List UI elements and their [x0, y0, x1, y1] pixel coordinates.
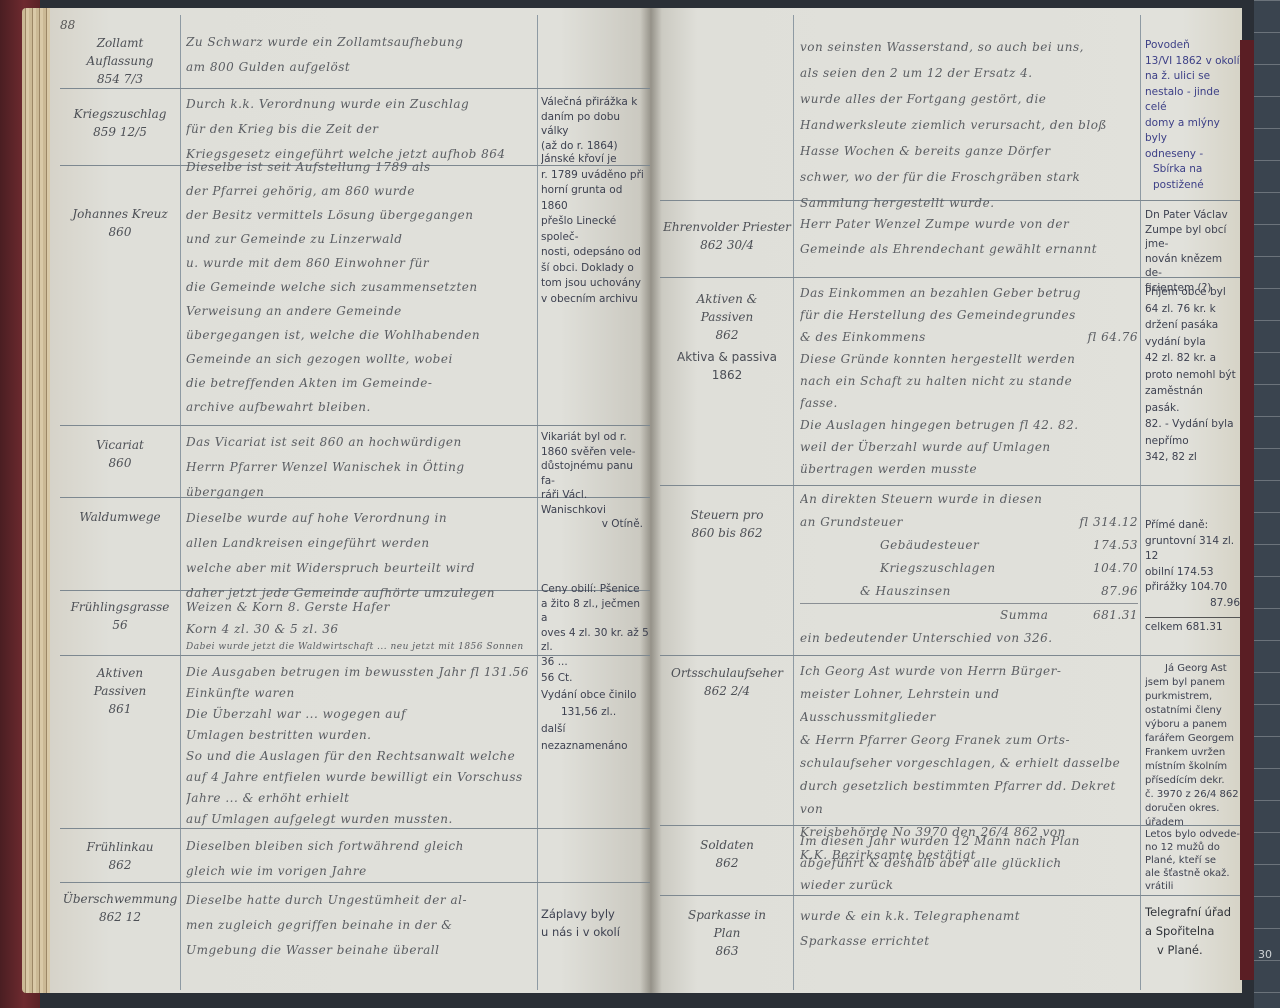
label-line: Soldaten — [662, 836, 792, 854]
note-line: Letos bylo odvede- — [1145, 828, 1240, 841]
tax-sum-amount: 681.31 — [1093, 604, 1138, 627]
note-line: r. 1789 uváděno při — [541, 168, 649, 184]
note-line: (až do r. 1864) — [541, 139, 649, 154]
body-line: Das Einkommen an bezahlen Geber betrug — [800, 282, 1138, 304]
row-label: Frühlinkau 862 — [62, 838, 178, 874]
note-line: vydání byla — [1145, 334, 1240, 351]
body-line: Herr Pater Wenzel Zumpe wurde von der — [800, 212, 1138, 237]
right-label-column-line — [793, 15, 794, 990]
row-body: wurde & ein k.k. Telegraphenamt Sparkass… — [800, 904, 1138, 954]
note-line: no 12 mužů do — [1145, 841, 1240, 854]
body-line: Die Ausgaben betrugen im bewussten Jahr … — [186, 662, 534, 683]
note-line: Zumpe byl obcí jme- — [1145, 223, 1240, 252]
tax-item-name: Kriegszuschlagen — [880, 561, 996, 575]
tax-item-name: & Hauszinsen — [860, 584, 951, 598]
row-body: Die Ausgaben betrugen im bewussten Jahr … — [186, 662, 534, 830]
page-number: 88 — [60, 18, 75, 32]
row-note: Vikariát byl od r. 1860 svěřen vele- důs… — [541, 430, 649, 532]
note-line: gruntovní 314 zl. 12 — [1145, 534, 1240, 565]
label-line: 862 12 — [62, 908, 178, 926]
body-line: Durch k.k. Verordnung wurde ein Zuschlag — [186, 92, 534, 117]
note-line: Povodeň — [1145, 38, 1240, 54]
row-body: An direkten Steuern wurde in diesen an G… — [800, 488, 1138, 650]
note-line: v obecním archivu — [541, 292, 649, 308]
body-line: als seien den 2 um 12 der Ersatz 4. — [800, 60, 1138, 86]
body-line: An direkten Steuern wurde in diesen — [800, 488, 1138, 511]
body-line: allen Landkreisen eingeführt werden — [186, 531, 534, 556]
note-line: Válečná přirážka k — [541, 95, 649, 110]
row-note: Já Georg Ast jsem byl panem purkmistrem,… — [1145, 662, 1240, 830]
note-line: Dn Pater Václav — [1145, 208, 1240, 223]
note-line: 131,56 zl.. — [541, 704, 649, 721]
body-line: Zu Schwarz wurde ein Zollamtsaufhebung — [186, 30, 534, 55]
note-line: Sbírka na — [1145, 162, 1240, 178]
label-line: Kriegszuschlag — [62, 105, 178, 123]
body-line: am 800 Gulden aufgelöst — [186, 55, 534, 80]
label-line: Johannes Kreuz — [62, 205, 178, 223]
label-line: Vicariat — [62, 436, 178, 454]
body-line: die betreffenden Akten im Gemeinde- — [186, 371, 534, 395]
note-line: Příjem obce byl — [1145, 284, 1240, 301]
label-line: Zollamt Auflassung — [62, 34, 178, 70]
tax-item-name: an Grundsteuer — [800, 515, 903, 529]
label-line: Frühlinkau — [62, 838, 178, 856]
body-line: Diese Gründe konnten hergestellt werden — [800, 348, 1138, 370]
row-note: Letos bylo odvede- no 12 mužů do Plané, … — [1145, 828, 1240, 893]
body-line: fasse. — [800, 392, 1138, 414]
label-line: 863 — [662, 942, 792, 960]
tax-item-amount: fl 314.12 — [1079, 511, 1138, 534]
body-line: Ich Georg Ast wurde von Herrn Bürger- — [800, 660, 1138, 683]
note-line: v Plané. — [1145, 941, 1240, 960]
note-line: proto nemohl být — [1145, 367, 1240, 384]
body-line: Hasse Wochen & bereits ganze Dörfer — [800, 138, 1138, 164]
label-line: Steuern pro — [662, 506, 792, 524]
row-body: Herr Pater Wenzel Zumpe wurde von der Ge… — [800, 212, 1138, 262]
amount: fl 64.76 — [1088, 326, 1138, 348]
row-label: Zollamt Auflassung 854 7/3 — [62, 34, 178, 88]
tax-sum-label: Summa — [1000, 608, 1048, 622]
note-line: Plané, kteří se — [1145, 854, 1240, 867]
label-line: Plan — [662, 924, 792, 942]
body-line: wurde & ein k.k. Telegraphenamt — [800, 904, 1138, 929]
body-line: Dieselben bleiben sich fortwährend gleic… — [186, 834, 534, 859]
body-line: & des Einkommens — [800, 330, 926, 344]
note-line: u nás i v okolí — [541, 923, 649, 941]
tax-item-amount: 174.53 — [1093, 534, 1138, 557]
row-body: Dieselbe hatte durch Ungestümheit der al… — [186, 888, 534, 963]
note-line: ší obci. Doklady o — [541, 261, 649, 277]
row-divider — [60, 88, 650, 89]
label-line: 56 — [62, 616, 178, 634]
book-cover-right — [1240, 40, 1254, 980]
body-line: & Herrn Pfarrer Georg Franek zum Orts- — [800, 729, 1138, 752]
body-line: der Pfarrei gehörig, am 860 wurde — [186, 179, 534, 203]
note-line: další nezaznamenáno — [541, 721, 649, 755]
body-line: gleich wie im vorigen Jahre — [186, 859, 534, 884]
note-line: 64 zl. 76 kr. k — [1145, 301, 1240, 318]
body-line: Gemeinde an sich gezogen wollte, wobei — [186, 347, 534, 371]
label-line: Aktiven & — [662, 290, 792, 308]
row-note: Povodeň 13/VI 1862 v okolí na ž. ulici s… — [1145, 38, 1240, 193]
note-line: 56 Ct. — [541, 670, 649, 687]
body-line: men zugleich gegriffen beinahe in der & — [186, 913, 534, 938]
row-label: Kriegszuschlag 859 12/5 — [62, 105, 178, 141]
note-line: v Otíně. — [541, 517, 649, 532]
note-line: držení pasáka — [1145, 317, 1240, 334]
body-line: der Besitz vermittels Lösung übergegange… — [186, 203, 534, 227]
row-label: Sparkasse in Plan 863 — [662, 906, 792, 960]
note-line: přešlo Linecké společ- — [541, 214, 649, 245]
body-line: Dieselbe wurde auf hohe Verordnung in — [186, 506, 534, 531]
note-line: a Spořitelna — [1145, 922, 1240, 941]
note-line: výboru a panem — [1145, 718, 1240, 732]
body-line: auf 4 Jahre entfielen wurde bewilligt ei… — [186, 767, 534, 788]
scale-marker: 30 — [1258, 948, 1272, 961]
label-line: 862 — [662, 854, 792, 872]
note-line: 13/VI 1862 v okolí — [1145, 54, 1240, 70]
body-line: durch gesetzlich bestimmten Pfarrer dd. … — [800, 775, 1138, 821]
body-line: Dieselbe ist seit Aufstellung 1789 als — [186, 155, 534, 179]
scale-ruler — [1254, 0, 1280, 1008]
label-line: Aktiven — [62, 664, 178, 682]
note-line: ostatními členy — [1145, 704, 1240, 718]
note-line: přísedícím dekr. — [1145, 774, 1240, 788]
body-line: Dabei wurde jetzt die Waldwirtschaft ...… — [186, 640, 636, 654]
body-line: nach ein Schaft zu halten nicht zu stand… — [800, 370, 1138, 392]
body-line: Sparkasse errichtet — [800, 929, 1138, 954]
row-label: Johannes Kreuz 860 — [62, 205, 178, 241]
note-line: obilní 174.53 — [1145, 565, 1240, 581]
note-line: 82. - Vydání byla — [1145, 416, 1240, 433]
body-line: u. wurde mit dem 860 Einwohner für — [186, 251, 534, 275]
body-line: Umlagen bestritten wurden. — [186, 725, 534, 746]
row-label: Soldaten 862 — [662, 836, 792, 872]
note-line: farářem Georgem — [1145, 732, 1240, 746]
note-line: nosti, odepsáno od — [541, 245, 649, 261]
note-line: 342, 82 zl — [1145, 449, 1240, 466]
label-line: Überschwemmung — [62, 890, 178, 908]
body-line: von seinsten Wasserstand, so auch bei un… — [800, 34, 1138, 60]
row-divider — [660, 655, 1240, 656]
note-line: přirážky 104.70 — [1145, 580, 1240, 596]
tax-item-amount: 104.70 — [1093, 557, 1138, 580]
body-line: für den Krieg bis die Zeit der — [186, 117, 534, 142]
label-line: Frühlingsgrasse — [62, 598, 178, 616]
note-line: nepřímo — [1145, 433, 1240, 450]
label-line: Waldumwege — [62, 508, 178, 526]
body-line: weil der Überzahl wurde auf Umlagen — [800, 436, 1138, 458]
tax-item-amount: 87.96 — [1101, 580, 1138, 603]
note-line: ale šťastně okaž. — [1145, 867, 1240, 880]
label-line: 862 30/4 — [662, 236, 792, 254]
label-line: Passiven — [62, 682, 178, 700]
row-body: Das Vicariat ist seit 860 an hochwürdige… — [186, 430, 534, 505]
body-line: Die Überzahl war ... wogegen auf — [186, 704, 534, 725]
body-line: Einkünfte waren — [186, 683, 534, 704]
note-line: doručen okres. úřadem — [1145, 802, 1240, 830]
note-line: č. 3970 z 26/4 862 — [1145, 788, 1240, 802]
note-line: Telegrafní úřad — [1145, 903, 1240, 922]
row-divider — [60, 425, 650, 426]
body-line: Verweisung an andere Gemeinde — [186, 299, 534, 323]
body-line: Handwerksleute ziemlich verursacht, den … — [800, 112, 1138, 138]
label-line-czech: 1862 — [662, 366, 792, 384]
label-line: 861 — [62, 700, 178, 718]
note-line: místním školním — [1145, 760, 1240, 774]
note-line: Frankem uvržen — [1145, 746, 1240, 760]
row-note: Příjem obce byl 64 zl. 76 kr. k držení p… — [1145, 284, 1240, 466]
note-line: Záplavy byly — [541, 905, 649, 923]
note-line: Jánské křoví je — [541, 152, 649, 168]
label-line: Ehrenvolder Priester — [662, 218, 792, 236]
body-line: Weizen & Korn 8. Gerste Hafer — [186, 596, 636, 618]
note-line: ráři Václ. Wanischkovi — [541, 488, 649, 517]
row-label: Waldumwege — [62, 508, 178, 526]
body-line: abgeführt & deshalb aber alle glücklich — [800, 852, 1138, 874]
note-line: 42 zl. 82 kr. a — [1145, 350, 1240, 367]
note-line: nestalo - jinde celé — [1145, 85, 1240, 116]
label-line: 862 2/4 — [662, 682, 792, 700]
note-line: 87.96 — [1145, 596, 1240, 612]
note-line: nován knězem de- — [1145, 252, 1240, 281]
label-line: 854 7/3 — [62, 70, 178, 88]
row-note: 56 Ct. Vydání obce činilo 131,56 zl.. da… — [541, 670, 649, 755]
note-line: důstojnému panu fa- — [541, 459, 649, 488]
label-line: Sparkasse in — [662, 906, 792, 924]
note-line: jsem byl panem — [1145, 676, 1240, 690]
row-body: Zu Schwarz wurde ein Zollamtsaufhebung a… — [186, 30, 534, 80]
row-body: Dieselben bleiben sich fortwährend gleic… — [186, 834, 534, 884]
row-note: Dn Pater Václav Zumpe byl obcí jme- nová… — [1145, 208, 1240, 295]
row-body: Dieselbe ist seit Aufstellung 1789 als d… — [186, 155, 534, 419]
row-divider — [660, 485, 1240, 486]
body-line: meister Lohner, Lehrstein und Ausschussm… — [800, 683, 1138, 729]
body-line: So und die Auslagen für den Rechtsanwalt… — [186, 746, 534, 767]
body-line: die Gemeinde welche sich zusammensetzten — [186, 275, 534, 299]
body-line: welche aber mit Widerspruch beurteilt wi… — [186, 556, 534, 581]
body-line: Korn 4 zl. 30 & 5 zl. 36 — [186, 618, 636, 640]
note-line: postižené — [1145, 178, 1240, 194]
note-line: horní grunta od 1860 — [541, 183, 649, 214]
note-line: purkmistrem, — [1145, 690, 1240, 704]
label-line: 860 bis 862 — [662, 524, 792, 542]
row-body: Im diesen Jahr wurden 12 Mann nach Plan … — [800, 830, 1138, 896]
note-line: Přímé daně: — [1145, 518, 1240, 534]
right-note-column-line — [1140, 15, 1141, 990]
row-label: Ehrenvolder Priester 862 30/4 — [662, 218, 792, 254]
label-line: Passiven — [662, 308, 792, 326]
note-line: domy a mlýny byly — [1145, 116, 1240, 147]
body-line: Das Vicariat ist seit 860 an hochwürdige… — [186, 430, 534, 455]
label-line: 862 — [62, 856, 178, 874]
body-line: für die Herstellung des Gemeindegrundes — [800, 304, 1138, 326]
label-line: 862 — [662, 326, 792, 344]
body-line: Herrn Pfarrer Wenzel Wanischek in Ötting — [186, 455, 534, 480]
body-line: ein bedeutender Unterschied von 326. — [800, 627, 1138, 650]
note-line: celkem 681.31 — [1145, 617, 1240, 636]
row-note: Jánské křoví je r. 1789 uváděno při horn… — [541, 152, 649, 307]
row-body: von seinsten Wasserstand, so auch bei un… — [800, 34, 1138, 216]
row-label: Aktiven & Passiven 862 Aktiva & passiva … — [662, 290, 792, 384]
label-line: Ortsschulaufseher — [662, 664, 792, 682]
row-label: Ortsschulaufseher 862 2/4 — [662, 664, 792, 700]
note-line: vrátili — [1145, 880, 1240, 893]
label-line-czech: Aktiva & passiva — [662, 348, 792, 366]
body-line: Gemeinde als Ehrendechant gewählt ernann… — [800, 237, 1138, 262]
body-line: und zur Gemeinde zu Linzerwald — [186, 227, 534, 251]
body-line: übergangen — [186, 480, 534, 505]
body-line: Die Auslagen hingegen betrugen fl 42. 82… — [800, 414, 1138, 436]
left-note-column-line — [537, 15, 538, 990]
row-note: Záplavy byly u nás i v okolí — [541, 905, 649, 941]
note-line: odneseny - — [1145, 147, 1240, 163]
label-line: 859 12/5 — [62, 123, 178, 141]
note-line: 36 ... — [541, 655, 649, 670]
tax-item-name: Gebäudesteuer — [880, 538, 979, 552]
body-line: wieder zurück — [800, 874, 1138, 896]
body-line: schulaufseher vorgeschlagen, & erhielt d… — [800, 752, 1138, 775]
label-line: 860 — [62, 454, 178, 472]
body-line: Jahre ... & erhöht erhielt — [186, 788, 534, 809]
note-line: tom jsou uchovány — [541, 276, 649, 292]
body-line: Im diesen Jahr wurden 12 Mann nach Plan — [800, 830, 1138, 852]
row-note: Válečná přirážka k daním po dobu války (… — [541, 95, 649, 153]
row-body: Das Einkommen an bezahlen Geber betrug f… — [800, 282, 1138, 480]
row-note: Přímé daně: gruntovní 314 zl. 12 obilní … — [1145, 518, 1240, 636]
body-line: übertragen werden musste — [800, 458, 1138, 480]
body-line: übergegangen ist, welche die Wohlhabende… — [186, 323, 534, 347]
label-line: 860 — [62, 223, 178, 241]
note-line: zaměstnán pasák. — [1145, 383, 1240, 416]
note-line: Vikariát byl od r. — [541, 430, 649, 445]
body-line: Umgebung die Wasser beinahe überall — [186, 938, 534, 963]
row-label: Steuern pro 860 bis 862 — [662, 506, 792, 542]
note-line: daním po dobu války — [541, 110, 649, 139]
row-label: Frühlingsgrasse 56 — [62, 598, 178, 634]
note-line: 1860 svěřen vele- — [541, 445, 649, 460]
body-line: wurde alles der Fortgang gestört, die — [800, 86, 1138, 112]
body-line: schwer, wo der für die Froschgräben star… — [800, 164, 1138, 190]
row-label: Überschwemmung 862 12 — [62, 890, 178, 926]
note-line: Vydání obce činilo — [541, 687, 649, 704]
row-label: Aktiven Passiven 861 — [62, 664, 178, 718]
body-line: Dieselbe hatte durch Ungestümheit der al… — [186, 888, 534, 913]
left-label-column-line — [180, 15, 181, 990]
row-label: Vicariat 860 — [62, 436, 178, 472]
body-line: archive aufbewahrt bleiben. — [186, 395, 534, 419]
row-note: Telegrafní úřad a Spořitelna v Plané. — [1145, 903, 1240, 960]
row-body: Dieselbe wurde auf hohe Verordnung in al… — [186, 506, 534, 606]
note-line: Já Georg Ast — [1145, 662, 1240, 676]
note-line: na ž. ulici se — [1145, 69, 1240, 85]
row-body: Weizen & Korn 8. Gerste Hafer Korn 4 zl.… — [186, 596, 636, 654]
body-line: auf Umlagen aufgelegt wurden mussten. — [186, 809, 534, 830]
note-line: Ceny obilí: Pšenice — [541, 582, 649, 597]
